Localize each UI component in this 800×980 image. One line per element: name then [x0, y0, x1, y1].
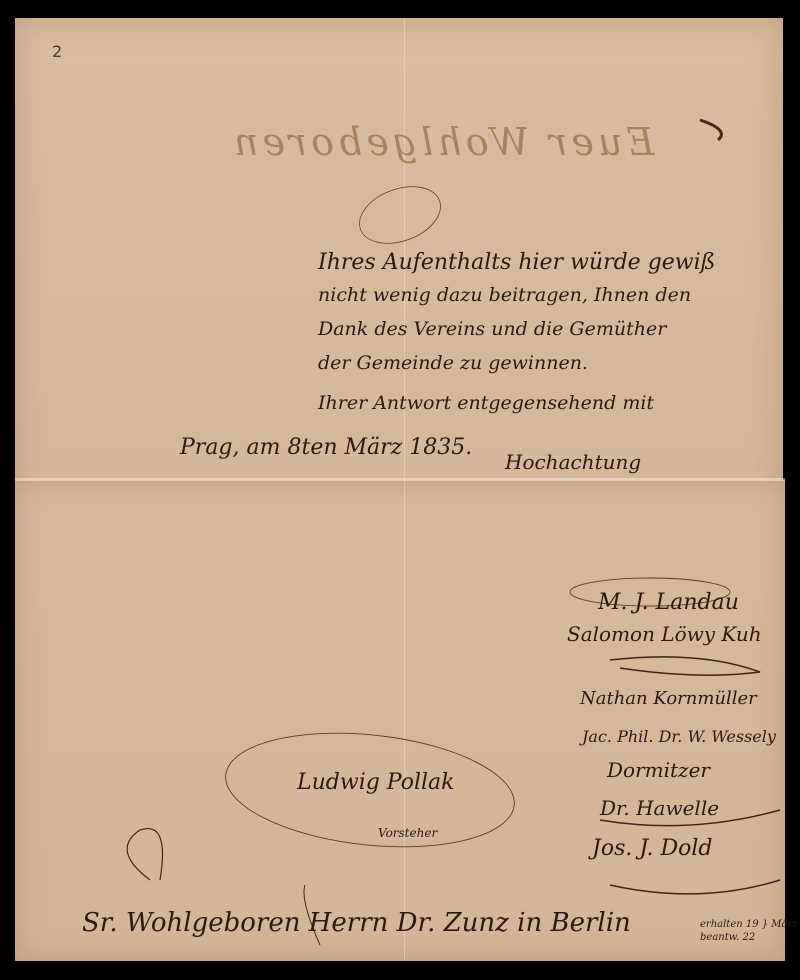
- horizontal-fold-line: [15, 478, 785, 480]
- signature-ludwig-pollak: Ludwig Pollak: [297, 770, 454, 795]
- letter-sheet-lower-fold: [15, 480, 785, 961]
- body-line-2: nicht wenig dazu beitragen, Ihnen den: [318, 284, 691, 306]
- closing-salutation: Hochachtung: [505, 450, 641, 474]
- place-date-line: Prag, am 8ten März 1835.: [180, 435, 472, 460]
- bleedthrough-heading: Euer Wohlgeboren: [230, 120, 654, 164]
- signature-landau: M. J. Landau: [598, 590, 739, 615]
- signature-title-vorsteher: Vorsteher: [378, 826, 437, 840]
- signature-wessely: Jac. Phil. Dr. W. Wessely: [582, 727, 776, 746]
- signature-salomon-kuh: Salomon Löwy Kuh: [567, 622, 762, 646]
- body-line-5: Ihrer Antwort entgegensehend mit: [318, 392, 654, 414]
- body-line-4: der Gemeinde zu gewinnen.: [318, 352, 588, 374]
- signature-kornmueller: Nathan Kornmüller: [580, 688, 757, 709]
- body-line-3: Dank des Vereins und die Gemüther: [318, 318, 666, 340]
- body-line-1: Ihres Aufenthalts hier würde gewiß: [318, 250, 715, 275]
- page-number: 2: [52, 42, 62, 61]
- archive-note: erhalten 19 } März beantw. 22: [700, 918, 798, 944]
- signature-dold: Jos. J. Dold: [592, 836, 712, 861]
- signature-dormitzer: Dormitzer: [607, 758, 710, 782]
- address-line: Sr. Wohlgeboren Herrn Dr. Zunz in Berlin: [82, 908, 631, 938]
- signature-hawelle: Dr. Hawelle: [600, 796, 719, 820]
